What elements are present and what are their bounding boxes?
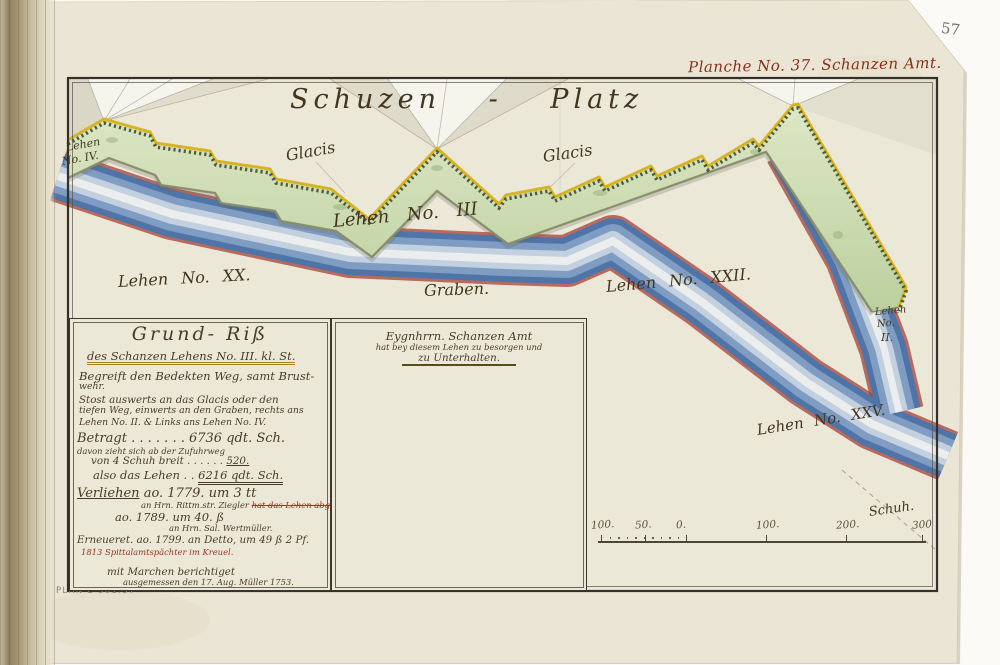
scale-minor-dot (678, 537, 680, 539)
scanned-plan-page: Planche No. 37. Schanzen Amt. 57 PLAN E … (0, 0, 1000, 665)
scale-minor-dot (610, 537, 612, 539)
scale-tick (922, 535, 923, 542)
scale-tick-label: 200. (836, 518, 860, 532)
scale-tick-label: 100. (591, 518, 615, 532)
scale-minor-dot (627, 537, 629, 539)
scale-minor-dot (661, 537, 663, 539)
scale-tick (766, 535, 767, 542)
scale-tick-label: 100. (756, 518, 780, 532)
scale-minor-dot (618, 537, 620, 539)
scale-tick-label: 300 (912, 518, 933, 531)
scale-baseline (598, 541, 926, 543)
scale-bar: 100.50.0.100.200.300 (0, 0, 1000, 665)
scale-tick-label: 0. (676, 519, 687, 532)
scale-tick (686, 535, 687, 542)
scale-minor-dot (635, 537, 637, 539)
scale-tick-label: 50. (635, 518, 652, 531)
scale-minor-dot (652, 537, 654, 539)
scale-tick (601, 535, 602, 542)
scale-minor-dot (669, 537, 671, 539)
scale-tick (645, 535, 646, 542)
scale-minor-dot (644, 537, 646, 539)
scale-tick (846, 535, 847, 542)
